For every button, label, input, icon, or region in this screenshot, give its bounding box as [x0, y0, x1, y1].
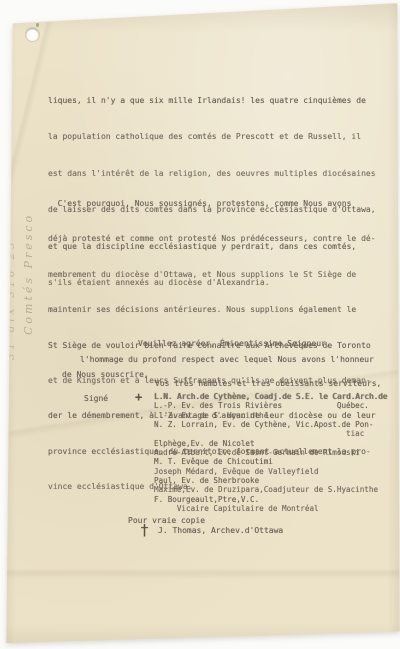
certification-cross-icon: †	[140, 521, 149, 539]
paper-sheet: Comtés Presco 31 dix 318 25 liques, il n…	[0, 0, 400, 649]
signature-line: André-Albert, Ev.de Saint-Germain de Rim…	[154, 448, 387, 457]
signature-line: Joseph Médard, Evêque de Valleyfield	[154, 467, 387, 476]
typed-line: la population catholique des comtés de P…	[48, 128, 376, 146]
salutation-line: l'hommage du profond respect avec lequel…	[80, 354, 374, 366]
signature-list: L.N. Arch.de Cythène, Coadj.de S.E. le C…	[154, 392, 387, 513]
signature-line: L.N. Arch.de Cythène, Coadj.de S.E. le C…	[154, 392, 387, 401]
salutation-line: Veuillez agréer, Éminentissime Seigneur,	[138, 338, 331, 350]
signature-line: Vicaire Capitulaire de Montréal	[154, 504, 387, 513]
typed-line: liques, il n'y a que six mille Irlandais…	[48, 92, 376, 110]
salutation-line: de Nous souscrire,	[62, 369, 149, 381]
typed-line: déjà protesté et comme ont protesté Nos …	[48, 230, 376, 247]
signature-line: L.-P. Ev. des Trois Rivières Québec.	[154, 401, 387, 410]
certifier-name: J. Thomas, Archev.d'Ottawa	[158, 526, 283, 535]
salutation-line: Vos très humbles et très obéissants serv…	[155, 378, 381, 390]
signature-line: Paul, Ev. de Sherbrooke	[154, 476, 387, 485]
scanned-letter-page: Comtés Presco 31 dix 318 25 liques, il n…	[0, 0, 400, 649]
signature-cross-icon: +	[135, 390, 142, 404]
typed-line: C'est pourquoi, Nous soussignés, protest…	[48, 195, 376, 212]
typed-text: liques, il n'y a que six mille Irlandais…	[0, 0, 400, 649]
typed-line: maintenir ses décisions antérieures. Nou…	[48, 301, 376, 318]
punch-hole-top	[34, 7, 48, 21]
signature-line: L.-Z. Ev. de S. Hyacinthe	[154, 411, 387, 420]
signed-label: Signé	[84, 394, 108, 403]
paper-background: Comtés Presco 31 dix 318 25 liques, il n…	[0, 0, 400, 649]
signature-line: M. T. Evêque de Chicoutimi	[154, 457, 387, 466]
signature-line: Maxime,Ev. de Druzipara,Coadjuteur de S.…	[154, 485, 387, 494]
signature-line: tiac	[154, 429, 387, 438]
signature-line: N. Z. Lorrain, Ev. de Cythène, Vic.Apost…	[154, 420, 387, 429]
signature-line: F. Bourgeault,Ptre,V.C.	[154, 495, 387, 504]
typed-line: membrement du diocèse d'Ottawa, et Nous …	[48, 266, 376, 283]
signature-line: Elphège,Ev. de Nicolet	[154, 439, 387, 448]
